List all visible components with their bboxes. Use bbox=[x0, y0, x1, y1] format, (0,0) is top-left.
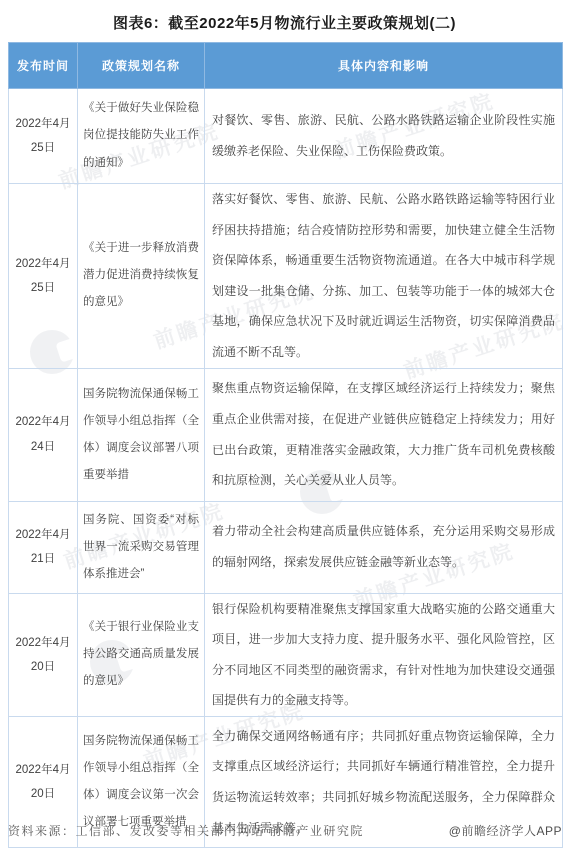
policy-content-cell: 聚焦重点物资运输保障，在支撑区域经济运行上持续发力；聚焦重点企业供需对接，在促进… bbox=[205, 368, 563, 501]
policy-content-cell: 着力带动全社会构建高质量供应链体系，充分运用采购交易形成的辐射网络，探索发展供应… bbox=[205, 501, 563, 593]
credit-label: @前瞻经济学人APP bbox=[449, 822, 562, 839]
policy-name-cell: 国务院、国资委“对标世界一流采购交易管理体系推进会” bbox=[78, 501, 205, 593]
policy-date-cell: 2022年4月21日 bbox=[9, 501, 78, 593]
policy-name-cell: 《关于做好失业保险稳岗位提技能防失业工作的通知》 bbox=[78, 89, 205, 184]
header-policy-name: 政策规划名称 bbox=[78, 43, 205, 89]
figure-footer: 资料来源：工信部、发改委等相关部门网站 前瞻产业研究院 @前瞻经济学人APP bbox=[8, 822, 562, 839]
policy-date-cell: 2022年4月25日 bbox=[9, 184, 78, 369]
policy-name-cell: 《关于进一步释放消费潜力促进消费持续恢复的意见》 bbox=[78, 184, 205, 369]
figure-title: 图表6：截至2022年5月物流行业主要政策规划(二) bbox=[0, 0, 569, 33]
table-row: 2022年4月20日 《关于银行业保险业支持公路交通高质量发展的意见》 银行保险… bbox=[9, 593, 563, 716]
data-source-label: 资料来源：工信部、发改委等相关部门网站 前瞻产业研究院 bbox=[8, 822, 364, 839]
table-row: 2022年4月25日 《关于进一步释放消费潜力促进消费持续恢复的意见》 落实好餐… bbox=[9, 184, 563, 369]
policy-table: 发布时间 政策规划名称 具体内容和影响 2022年4月25日 《关于做好失业保险… bbox=[8, 42, 563, 848]
policy-date-cell: 2022年4月25日 bbox=[9, 89, 78, 184]
policy-name-cell: 《关于银行业保险业支持公路交通高质量发展的意见》 bbox=[78, 593, 205, 716]
header-publish-date: 发布时间 bbox=[9, 43, 78, 89]
policy-content-cell: 对餐饮、零售、旅游、民航、公路水路铁路运输企业阶段性实施缓缴养老保险、失业保险、… bbox=[205, 89, 563, 184]
table-row: 2022年4月21日 国务院、国资委“对标世界一流采购交易管理体系推进会” 着力… bbox=[9, 501, 563, 593]
header-policy-content: 具体内容和影响 bbox=[205, 43, 563, 89]
table-row: 2022年4月25日 《关于做好失业保险稳岗位提技能防失业工作的通知》 对餐饮、… bbox=[9, 89, 563, 184]
policy-date-cell: 2022年4月24日 bbox=[9, 368, 78, 501]
table-row: 2022年4月24日 国务院物流保通保畅工作领导小组总指挥（全体）调度会议部署八… bbox=[9, 368, 563, 501]
policy-content-cell: 落实好餐饮、零售、旅游、民航、公路水路铁路运输等特困行业纾困扶持措施；结合疫情防… bbox=[205, 184, 563, 369]
policy-content-cell: 银行保险机构要精准聚焦支撑国家重大战略实施的公路交通重大项目，进一步加大支持力度… bbox=[205, 593, 563, 716]
table-header-row: 发布时间 政策规划名称 具体内容和影响 bbox=[9, 43, 563, 89]
policy-name-cell: 国务院物流保通保畅工作领导小组总指挥（全体）调度会议部署八项重要举措 bbox=[78, 368, 205, 501]
policy-date-cell: 2022年4月20日 bbox=[9, 593, 78, 716]
